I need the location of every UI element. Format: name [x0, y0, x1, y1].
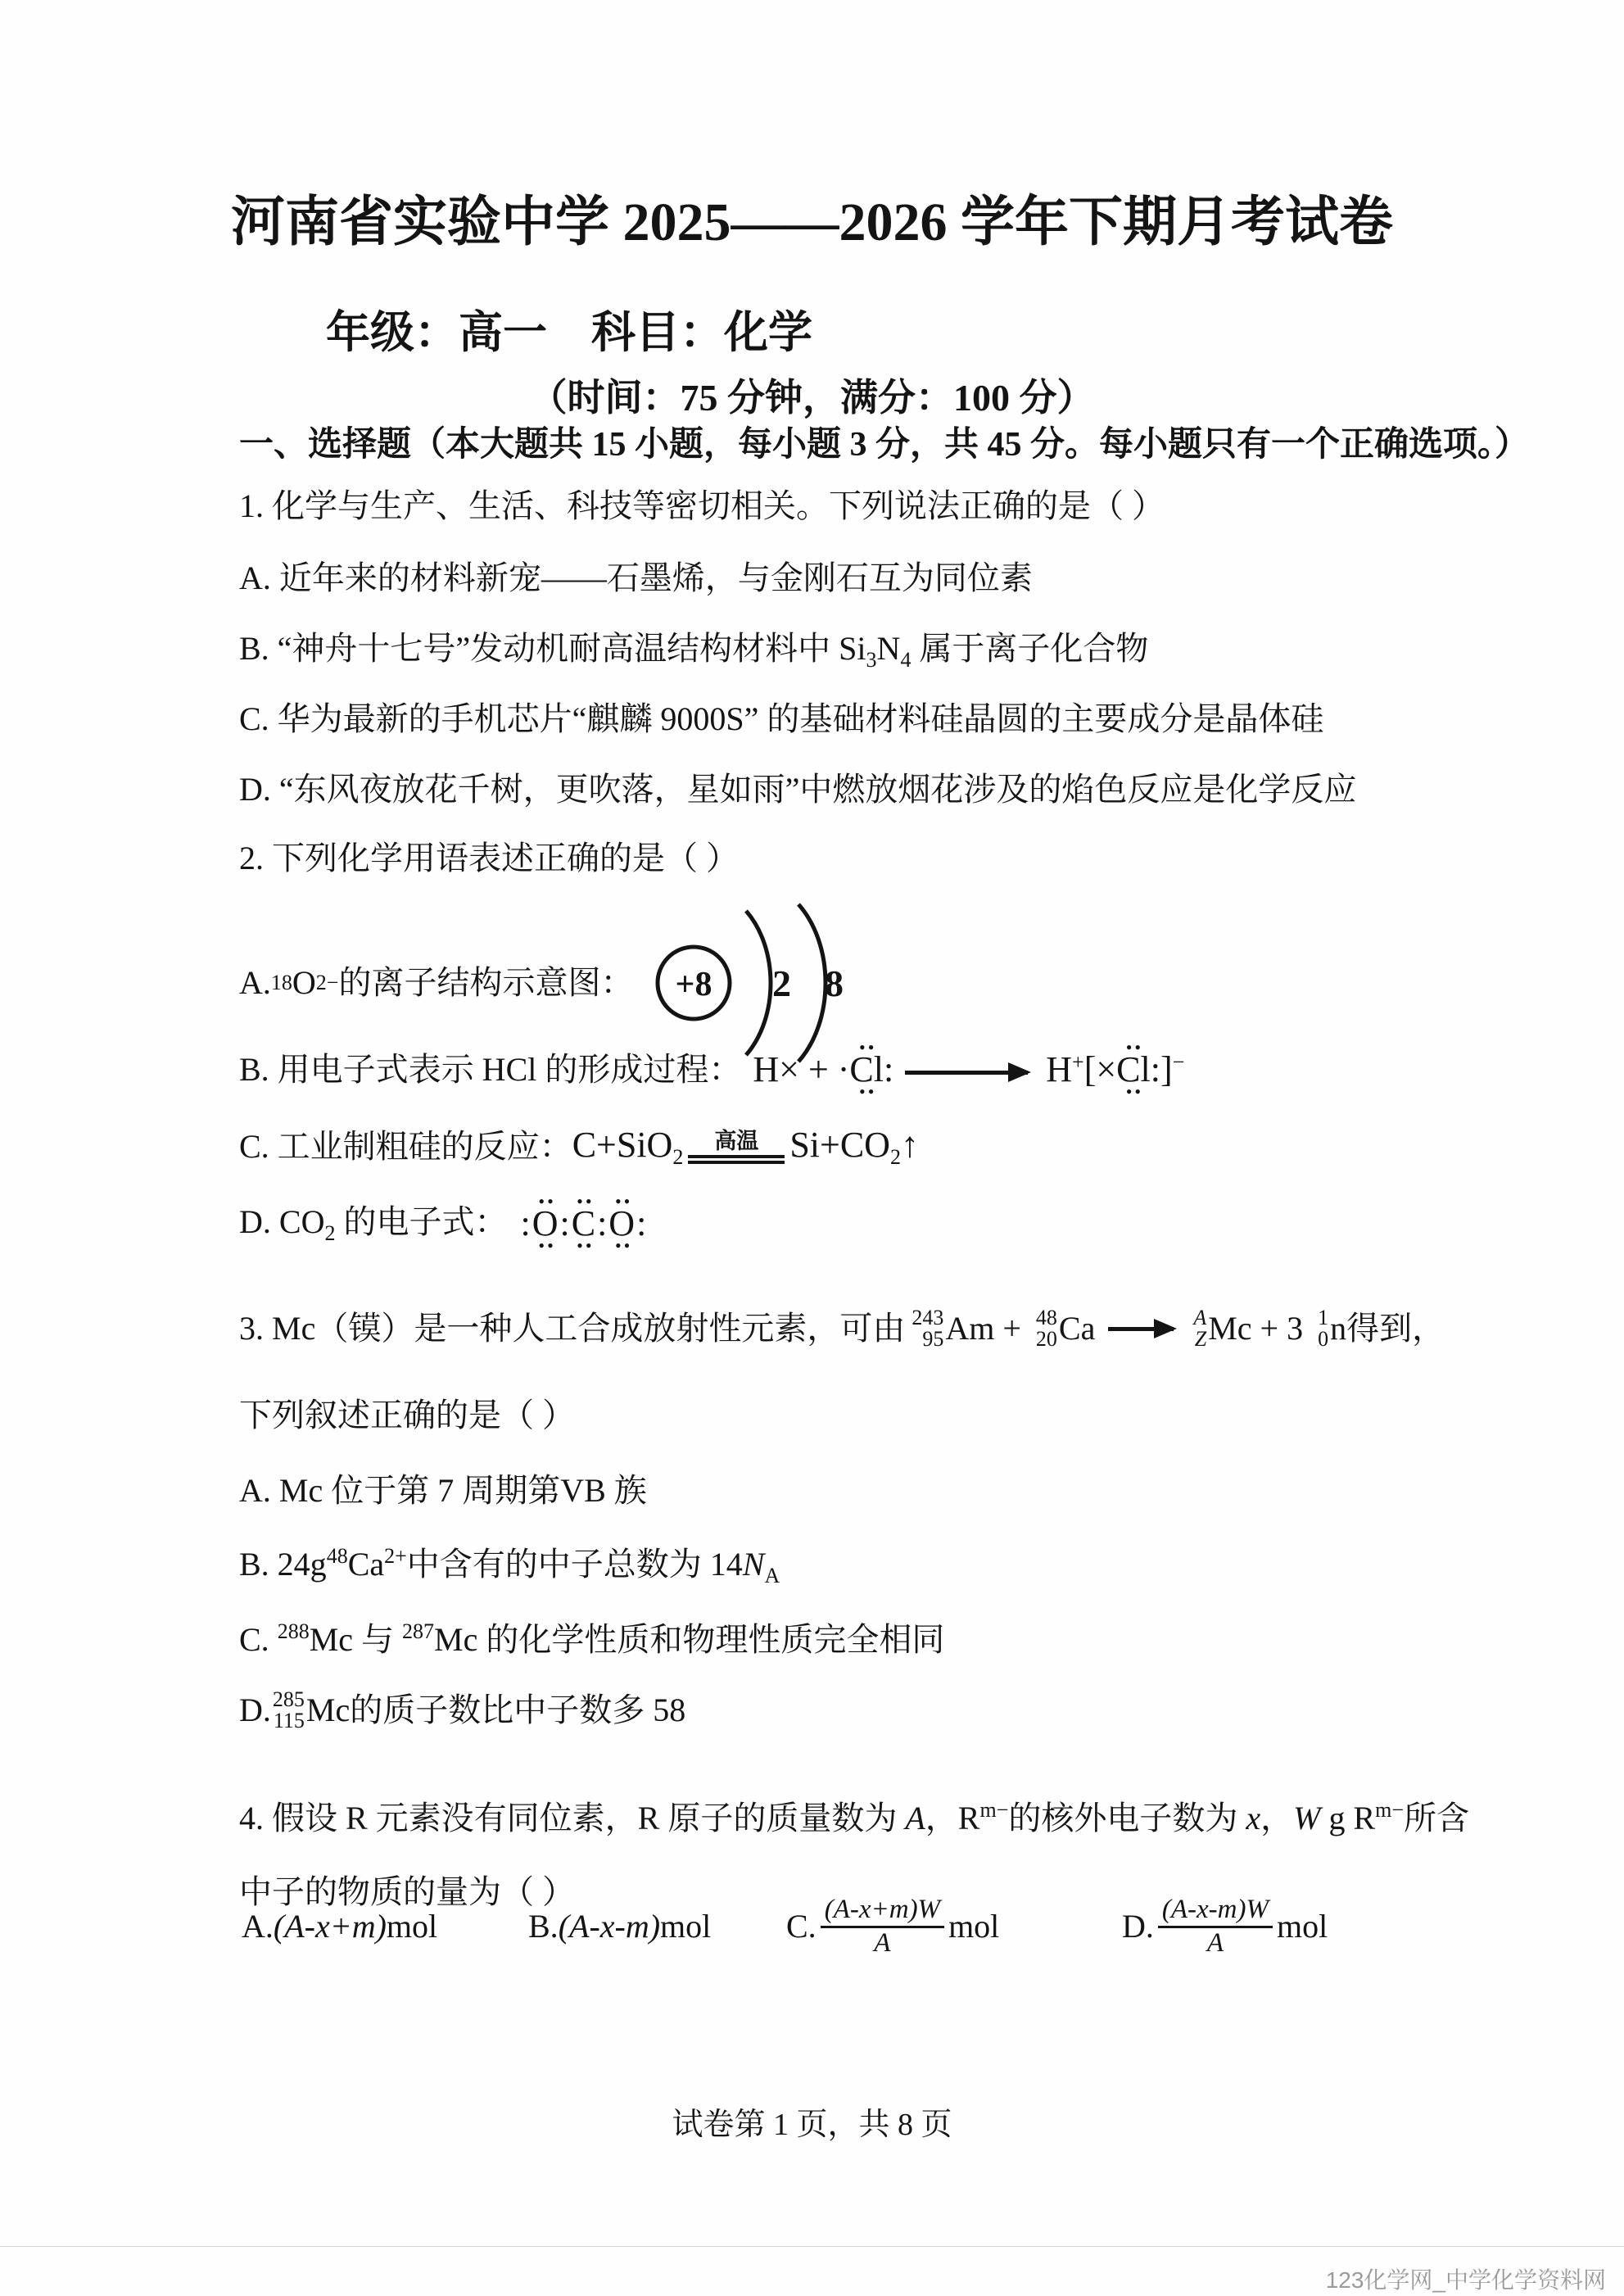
fraction-numerator: (A-x-m)W: [1158, 1895, 1273, 1928]
formula-text: :: [1151, 1049, 1160, 1089]
atomic-number: 20: [1036, 1329, 1057, 1350]
gas-arrow: ↑: [901, 1125, 919, 1165]
question-3-stem: 3. Mc（镆）是一种人工合成放射性元素，可由 24395 Am + 4820 …: [239, 1307, 1445, 1350]
subscript: 4: [900, 648, 911, 672]
stem-text: 得到，: [1346, 1309, 1445, 1348]
double-line-equals: [688, 1155, 785, 1164]
isotope-mass-sup: 287: [402, 1619, 434, 1643]
question-1-option-b: B. “神舟十七号”发动机耐高温结构材料中 Si3N4 属于离子化合物: [239, 629, 1148, 672]
formula-text: H: [1046, 1049, 1072, 1089]
plus-sign: + 3: [1260, 1309, 1304, 1348]
isotope-mass-sup: 288: [278, 1619, 310, 1643]
option-text: 的质子数比中子数多 58: [350, 1691, 685, 1730]
formula-text: Si+CO: [789, 1125, 890, 1165]
co2-electron-formula: :O:C:O:: [520, 1202, 648, 1246]
charge-sup: m−: [1375, 1798, 1404, 1822]
option-text: 中含有的中子总数为 14: [407, 1546, 743, 1583]
element-symbol: Ca: [1059, 1309, 1095, 1348]
exam-page: 河南省实验中学 2025——2026 学年下期月考试卷 年级：高一 科目：化学 …: [0, 0, 1624, 2296]
question-3-option-b: B. 24g48Ca2+中含有的中子总数为 14NA: [239, 1543, 780, 1588]
option-text: D. CO: [239, 1203, 324, 1240]
c-lewis-atom: C: [572, 1206, 597, 1242]
option-label: C.: [239, 1621, 278, 1658]
stem-text: ，R: [925, 1800, 980, 1836]
hcl-formation-formula: H× + ·Cl:H+[×Cl:]−: [753, 1048, 1184, 1092]
mass-number: 48: [1036, 1307, 1057, 1329]
question-4-option-b: B.(A-x-m) mol: [528, 1907, 711, 1946]
reaction-lhs: C+SiO2: [572, 1124, 684, 1170]
subscript: 2: [890, 1145, 901, 1169]
charge-sup: m−: [979, 1798, 1008, 1822]
option-text: 属于离子化合物: [911, 630, 1148, 667]
atomic-number: 95: [922, 1329, 943, 1350]
option-label: C. 工业制粗硅的反应：: [239, 1127, 572, 1166]
nuclide-ca: 4820: [1036, 1307, 1057, 1350]
option-text: 的离子结构示意图：: [338, 963, 633, 1003]
avogadro-symbol: N: [743, 1546, 765, 1583]
nuclide-mc: AZ: [1193, 1307, 1206, 1350]
paper-bottom-edge: [0, 2246, 1624, 2247]
charge-sup: 2+: [384, 1544, 407, 1568]
formula-text: :: [636, 1203, 648, 1243]
question-1-option-a: A. 近年来的材料新宠——石墨烯，与金刚石互为同位素: [239, 559, 1033, 598]
mass-number: 1: [1318, 1307, 1328, 1329]
reaction-rhs: Si+CO2↑: [789, 1124, 919, 1170]
grade-subject-line: 年级：高一 科目：化学: [326, 306, 812, 360]
electron-shell-arc-2: [798, 904, 826, 1062]
mass-number: 285: [273, 1689, 305, 1710]
electron-count-var: x: [1246, 1800, 1260, 1836]
question-2-stem: 2. 下列化学用语表述正确的是（ ）: [239, 839, 739, 878]
question-2-option-b: B. 用电子式表示 HCl 的形成过程： H× + ·Cl:H+[×Cl:]−: [239, 1048, 1184, 1092]
fraction-denominator: A: [1207, 1928, 1224, 1959]
question-2-option-d: D. CO2 的电子式： :O:C:O:: [239, 1202, 648, 1246]
subscript: 2: [324, 1221, 335, 1245]
nuclide-mc-285: 285115: [273, 1689, 305, 1732]
subscript: 2: [672, 1145, 683, 1169]
o-lewis-atom: O: [532, 1206, 560, 1242]
formula-text: :: [597, 1203, 608, 1243]
element-symbol: N: [877, 630, 901, 667]
question-4-stem: 4. 假设 R 元素没有同位素，R 原子的质量数为 A，Rm−的核外电子数为 x…: [239, 1797, 1469, 1838]
question-1-option-c: C. 华为最新的手机芯片“麒麟 9000S” 的基础材料硅晶圆的主要成分是晶体硅: [239, 700, 1323, 739]
option-label: A.: [242, 1907, 274, 1946]
option-label: D. CO2 的电子式：: [239, 1202, 507, 1246]
option-label: A.: [239, 963, 271, 1003]
question-2-option-c: C. 工业制粗硅的反应： C+SiO2 高温 Si+CO2↑: [239, 1124, 919, 1170]
element-symbol: n: [1330, 1309, 1346, 1348]
question-3-stem-line-2: 下列叙述正确的是（ ）: [239, 1396, 575, 1435]
stem-text: 3. Mc（镆）是一种人工合成放射性元素，可由: [239, 1309, 905, 1348]
time-score-line: （时间：75 分钟，满分：100 分）: [0, 375, 1624, 420]
page-footer: 试卷第 1 页，共 8 页: [0, 2099, 1624, 2144]
option-label: D.: [1122, 1907, 1154, 1946]
shell-1-electron-count: 2: [772, 962, 791, 1004]
formula-text: ]: [1160, 1049, 1173, 1089]
question-4-stem-line-2: 中子的物质的量为（ ）: [239, 1873, 575, 1912]
element-symbol: O: [292, 963, 316, 1003]
subscript: 3: [866, 648, 877, 672]
reaction-arrow-icon: [905, 1071, 1028, 1075]
cl-lewis-atom: Cl: [849, 1052, 884, 1088]
plus-sign: +: [1002, 1309, 1021, 1348]
mass-number: A: [1193, 1307, 1206, 1329]
question-2-option-a: A. 18O2−的离子结构示意图： +8 2 8: [239, 901, 862, 1065]
mass-var: W: [1293, 1800, 1320, 1836]
fraction-denominator: A: [874, 1928, 890, 1959]
formula-text: :: [559, 1203, 571, 1243]
option-label: D.: [239, 1691, 271, 1730]
subscript: A: [764, 1564, 780, 1587]
option-text: 的电子式：: [335, 1203, 507, 1240]
question-3-option-a: A. Mc 位于第 7 周期第VB 族: [239, 1471, 647, 1510]
cl-lewis-atom: Cl: [1116, 1052, 1151, 1088]
atomic-number: Z: [1195, 1329, 1206, 1350]
question-1-stem: 1. 化学与生产、生活、科技等密切相关。下列说法正确的是（ ）: [239, 487, 1165, 526]
unit: mol: [948, 1907, 999, 1946]
reaction-condition: 高温: [688, 1130, 785, 1164]
option-label: C.: [786, 1907, 817, 1946]
element-symbol: Ca: [348, 1546, 384, 1583]
formula-text: C+SiO: [572, 1125, 673, 1165]
atomic-number: 115: [274, 1710, 305, 1732]
unit: mol: [660, 1907, 711, 1946]
ion-structure-diagram: +8 2 8: [653, 901, 862, 1065]
question-3-option-c: C. 288Mc 与 287Mc 的化学性质和物理性质完全相同: [239, 1619, 944, 1660]
question-4-option-d: D. (A-x-m)WA mol: [1122, 1895, 1328, 1959]
stem-text: 4. 假设 R 元素没有同位素，R 原子的质量数为: [239, 1800, 905, 1836]
option-label: B.: [528, 1907, 559, 1946]
watermark: 123化学网_中学化学资料网: [1326, 2262, 1606, 2295]
stem-text: 所含: [1404, 1800, 1469, 1836]
fraction: (A-x-m)WA: [1158, 1895, 1273, 1959]
o-lewis-atom: O: [608, 1206, 636, 1242]
shell-2-electron-count: 8: [825, 962, 844, 1004]
option-text: Mc 与: [310, 1621, 402, 1658]
element-symbol: Mc: [306, 1691, 350, 1730]
charge-sup: +: [1072, 1050, 1084, 1074]
nuclide-am: 24395: [912, 1307, 943, 1350]
formula-text: [×: [1084, 1049, 1116, 1089]
nuclide-n: 10: [1318, 1307, 1328, 1350]
formula-text: :: [884, 1049, 893, 1089]
exam-title: 河南省实验中学 2025——2026 学年下期月考试卷: [0, 190, 1624, 255]
element-symbol: Am: [945, 1309, 994, 1348]
option-text: Mc 的化学性质和物理性质完全相同: [434, 1621, 944, 1658]
charge-sup: −: [1173, 1050, 1185, 1074]
unit: mol: [387, 1907, 437, 1946]
isotope-mass-sup: 48: [327, 1544, 348, 1568]
reaction-arrow-icon: [1108, 1327, 1174, 1331]
nucleus-charge-label: +8: [676, 966, 712, 1003]
question-1-option-d: D. “东风夜放花千树，更吹落，星如雨”中燃放烟花涉及的焰色反应是化学反应: [239, 770, 1356, 809]
question-4-option-a: A.(A-x+m) mol: [242, 1907, 437, 1946]
stem-text: 的核外电子数为: [1008, 1800, 1246, 1836]
mass-number-var: A: [905, 1800, 925, 1836]
fraction: (A-x+m)WA: [821, 1895, 944, 1959]
expression: (A-x-m): [559, 1907, 660, 1946]
stem-text: g R: [1320, 1800, 1375, 1836]
question-3-option-d: D. 285115 Mc 的质子数比中子数多 58: [239, 1689, 685, 1732]
formula-text: H× + ·: [753, 1049, 849, 1089]
question-4-option-c: C. (A-x+m)WA mol: [786, 1895, 999, 1959]
option-text: B. 24g: [239, 1546, 327, 1583]
isotope-mass-sup: 18: [271, 970, 292, 995]
unit: mol: [1277, 1907, 1328, 1946]
atomic-number: 0: [1318, 1329, 1328, 1350]
section-1-header: 一、选择题（本大题共 15 小题，每小题 3 分，共 45 分。每小题只有一个正…: [239, 424, 1529, 465]
option-text: B. “神舟十七号”发动机耐高温结构材料中 Si: [239, 630, 866, 667]
formula-text: :: [520, 1203, 532, 1243]
mass-number: 243: [912, 1307, 943, 1329]
option-label: B. 用电子式表示 HCl 的形成过程：: [239, 1050, 741, 1089]
fraction-numerator: (A-x+m)W: [821, 1895, 944, 1928]
expression: (A-x+m): [274, 1907, 387, 1946]
charge-sup: 2−: [316, 970, 339, 995]
element-symbol: Mc: [1208, 1309, 1251, 1348]
electron-shell-arc-1: [746, 911, 771, 1055]
stem-text: ，: [1260, 1800, 1293, 1836]
condition-label: 高温: [714, 1130, 758, 1153]
